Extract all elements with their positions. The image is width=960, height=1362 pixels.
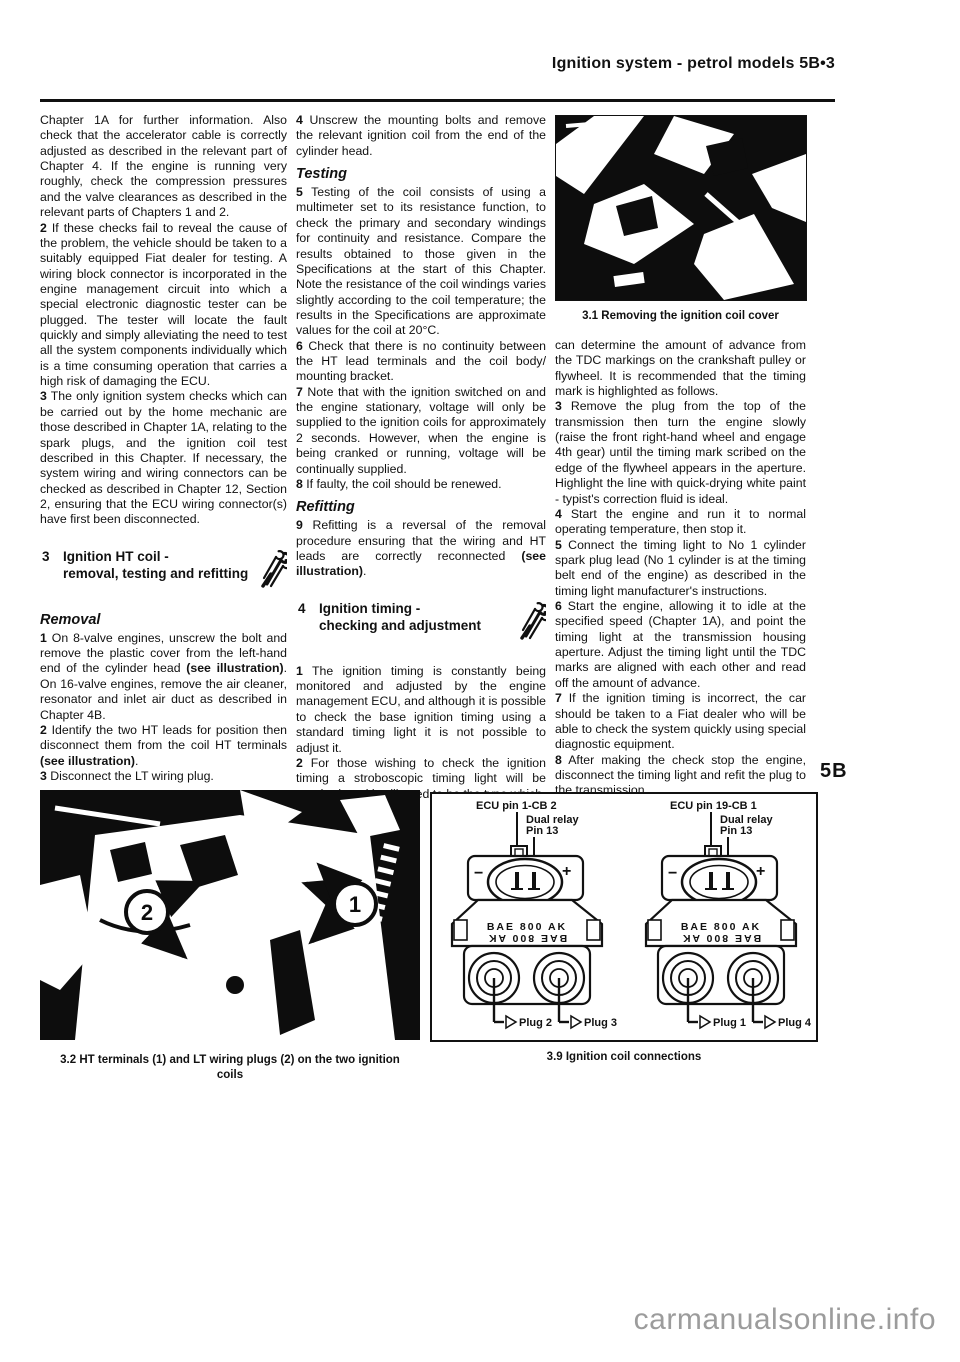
coil-marking-inverted: BAE 800 AK <box>681 932 761 944</box>
section-3-heading: 3 Ignition HT coil - removal, testing an… <box>42 548 287 588</box>
paragraph: 6 Start the engine, allowing it to idle … <box>555 599 806 691</box>
paragraph: 4 Start the engine and run it to normal … <box>555 507 806 538</box>
text-columns: Chapter 1A for further information. Also… <box>40 113 812 802</box>
page-tab: 5B <box>820 760 848 783</box>
paragraph-group: can determine the amount of advance from… <box>555 338 806 799</box>
arrow-icon <box>700 1016 710 1028</box>
section-number: 3 <box>42 548 54 566</box>
ecu-pin-label: ECU pin 19-CB 1 <box>670 800 757 812</box>
column-2: 4 Unscrew the mounting bolts and remove … <box>296 113 546 802</box>
paragraph: 3 Disconnect the LT wiring plug. <box>40 769 287 784</box>
spanner-rating-icon <box>261 544 287 588</box>
paragraph: 3 The only ignition system checks which … <box>40 389 287 527</box>
arrow-icon <box>506 1016 516 1028</box>
paragraph: 1 On 8-valve engines, unscrew the bolt a… <box>40 631 287 723</box>
removal-subheading: Removal <box>40 612 287 628</box>
header-rule <box>40 99 835 102</box>
paragraph-group: 4 Unscrew the mounting bolts and remove … <box>296 113 546 159</box>
paragraph: 2 Identify the two HT leads for position… <box>40 723 287 769</box>
plug-label: Plug 3 <box>584 1017 617 1029</box>
section-4-heading: 4 Ignition timing - checking and adjustm… <box>298 600 546 640</box>
paragraph-group: 5 Testing of the coil consists of using … <box>296 185 546 492</box>
plus-sign: + <box>562 863 571 880</box>
paragraph: 4 Unscrew the mounting bolts and remove … <box>296 113 546 159</box>
paragraph: 7 If the ignition timing is incorrect, t… <box>555 691 806 752</box>
figure-3-2-caption: 3.2 HT terminals (1) and LT wiring plugs… <box>50 1053 410 1083</box>
ecu-pin-label: ECU pin 1-CB 2 <box>476 800 557 812</box>
paragraph: Chapter 1A for further information. Also… <box>40 113 287 221</box>
coil-marking: BAE 800 AK <box>681 921 761 933</box>
paragraph-group: 1 On 8-valve engines, unscrew the bolt a… <box>40 631 287 785</box>
paragraph-group: 9 Refitting is a reversal of the removal… <box>296 518 546 579</box>
plug-label: Plug 4 <box>778 1017 812 1029</box>
relay-pin-label: Pin 13 <box>720 825 752 837</box>
refitting-subheading: Refitting <box>296 499 546 515</box>
paragraph-group: Chapter 1A for further information. Also… <box>40 113 287 528</box>
figure-3-9-caption: 3.9 Ignition coil connections <box>430 1050 818 1065</box>
figure-3-2: 2 1 3.2 HT terminals (1) and LT wiring p… <box>40 790 420 1095</box>
arrow-icon <box>571 1016 581 1028</box>
paragraph-group: 1 The ignition timing is constantly bein… <box>296 664 546 802</box>
relay-pin-label: Pin 13 <box>526 825 558 837</box>
page-header: Ignition system - petrol models 5B•3 <box>40 55 835 73</box>
section-title: Ignition timing - checking and adjustmen… <box>319 600 511 635</box>
paragraph: 5 Testing of the coil consists of using … <box>296 185 546 339</box>
column-1: Chapter 1A for further information. Also… <box>40 113 287 802</box>
coil-marking-inverted: BAE 800 AK <box>487 932 567 944</box>
paragraph: 7 Note that with the ignition switched o… <box>296 385 546 477</box>
minus-sign: − <box>474 865 483 882</box>
minus-sign: − <box>668 865 677 882</box>
marker-2-label: 2 <box>141 900 153 925</box>
paragraph: 9 Refitting is a reversal of the removal… <box>296 518 546 579</box>
paragraph: 6 Check that there is no continuity betw… <box>296 339 546 385</box>
arrow-icon <box>765 1016 775 1028</box>
section-title: Ignition HT coil - removal, testing and … <box>63 548 252 583</box>
figure-3-1: 3.1 Removing the ignition coil cover <box>555 115 806 324</box>
marker-1-label: 1 <box>349 892 361 917</box>
manual-page: Ignition system - petrol models 5B•3 Cha… <box>0 0 960 1362</box>
paragraph: 1 The ignition timing is constantly bein… <box>296 664 546 756</box>
left-coil: ECU pin 1-CB 2 Dual relay Pin 13 − + <box>452 800 617 1029</box>
testing-subheading: Testing <box>296 166 546 182</box>
right-coil: ECU pin 19-CB 1 Dual relay Pin 13 − + <box>646 800 812 1029</box>
ht-terminals-photo: 2 1 <box>40 790 420 1040</box>
section-number: 4 <box>298 600 310 618</box>
watermark: carmanualsonline.info <box>634 1303 936 1337</box>
ignition-coil-cover-photo <box>555 115 807 301</box>
spanner-rating-icon <box>520 596 546 640</box>
plug-label: Plug 2 <box>519 1017 552 1029</box>
diagram-frame: ECU pin 1-CB 2 Dual relay Pin 13 − + <box>430 792 818 1042</box>
figure-3-1-caption: 3.1 Removing the ignition coil cover <box>555 309 806 324</box>
column-3: 3.1 Removing the ignition coil cover can… <box>555 113 806 802</box>
paragraph: 8 If faulty, the coil should be renewed. <box>296 477 546 492</box>
ignition-coil-connections-diagram: ECU pin 1-CB 2 Dual relay Pin 13 − + <box>432 794 816 1040</box>
paragraph: can determine the amount of advance from… <box>555 338 806 399</box>
paragraph: 3 Remove the plug from the top of the tr… <box>555 399 806 507</box>
plus-sign: + <box>756 863 765 880</box>
figure-3-9: ECU pin 1-CB 2 Dual relay Pin 13 − + <box>430 792 818 1077</box>
paragraph: 2 If these checks fail to reveal the cau… <box>40 221 287 390</box>
paragraph: 5 Connect the timing light to No 1 cylin… <box>555 538 806 599</box>
coil-marking: BAE 800 AK <box>487 921 567 933</box>
plug-label: Plug 1 <box>713 1017 746 1029</box>
page-title: Ignition system - petrol models 5B•3 <box>552 55 835 72</box>
